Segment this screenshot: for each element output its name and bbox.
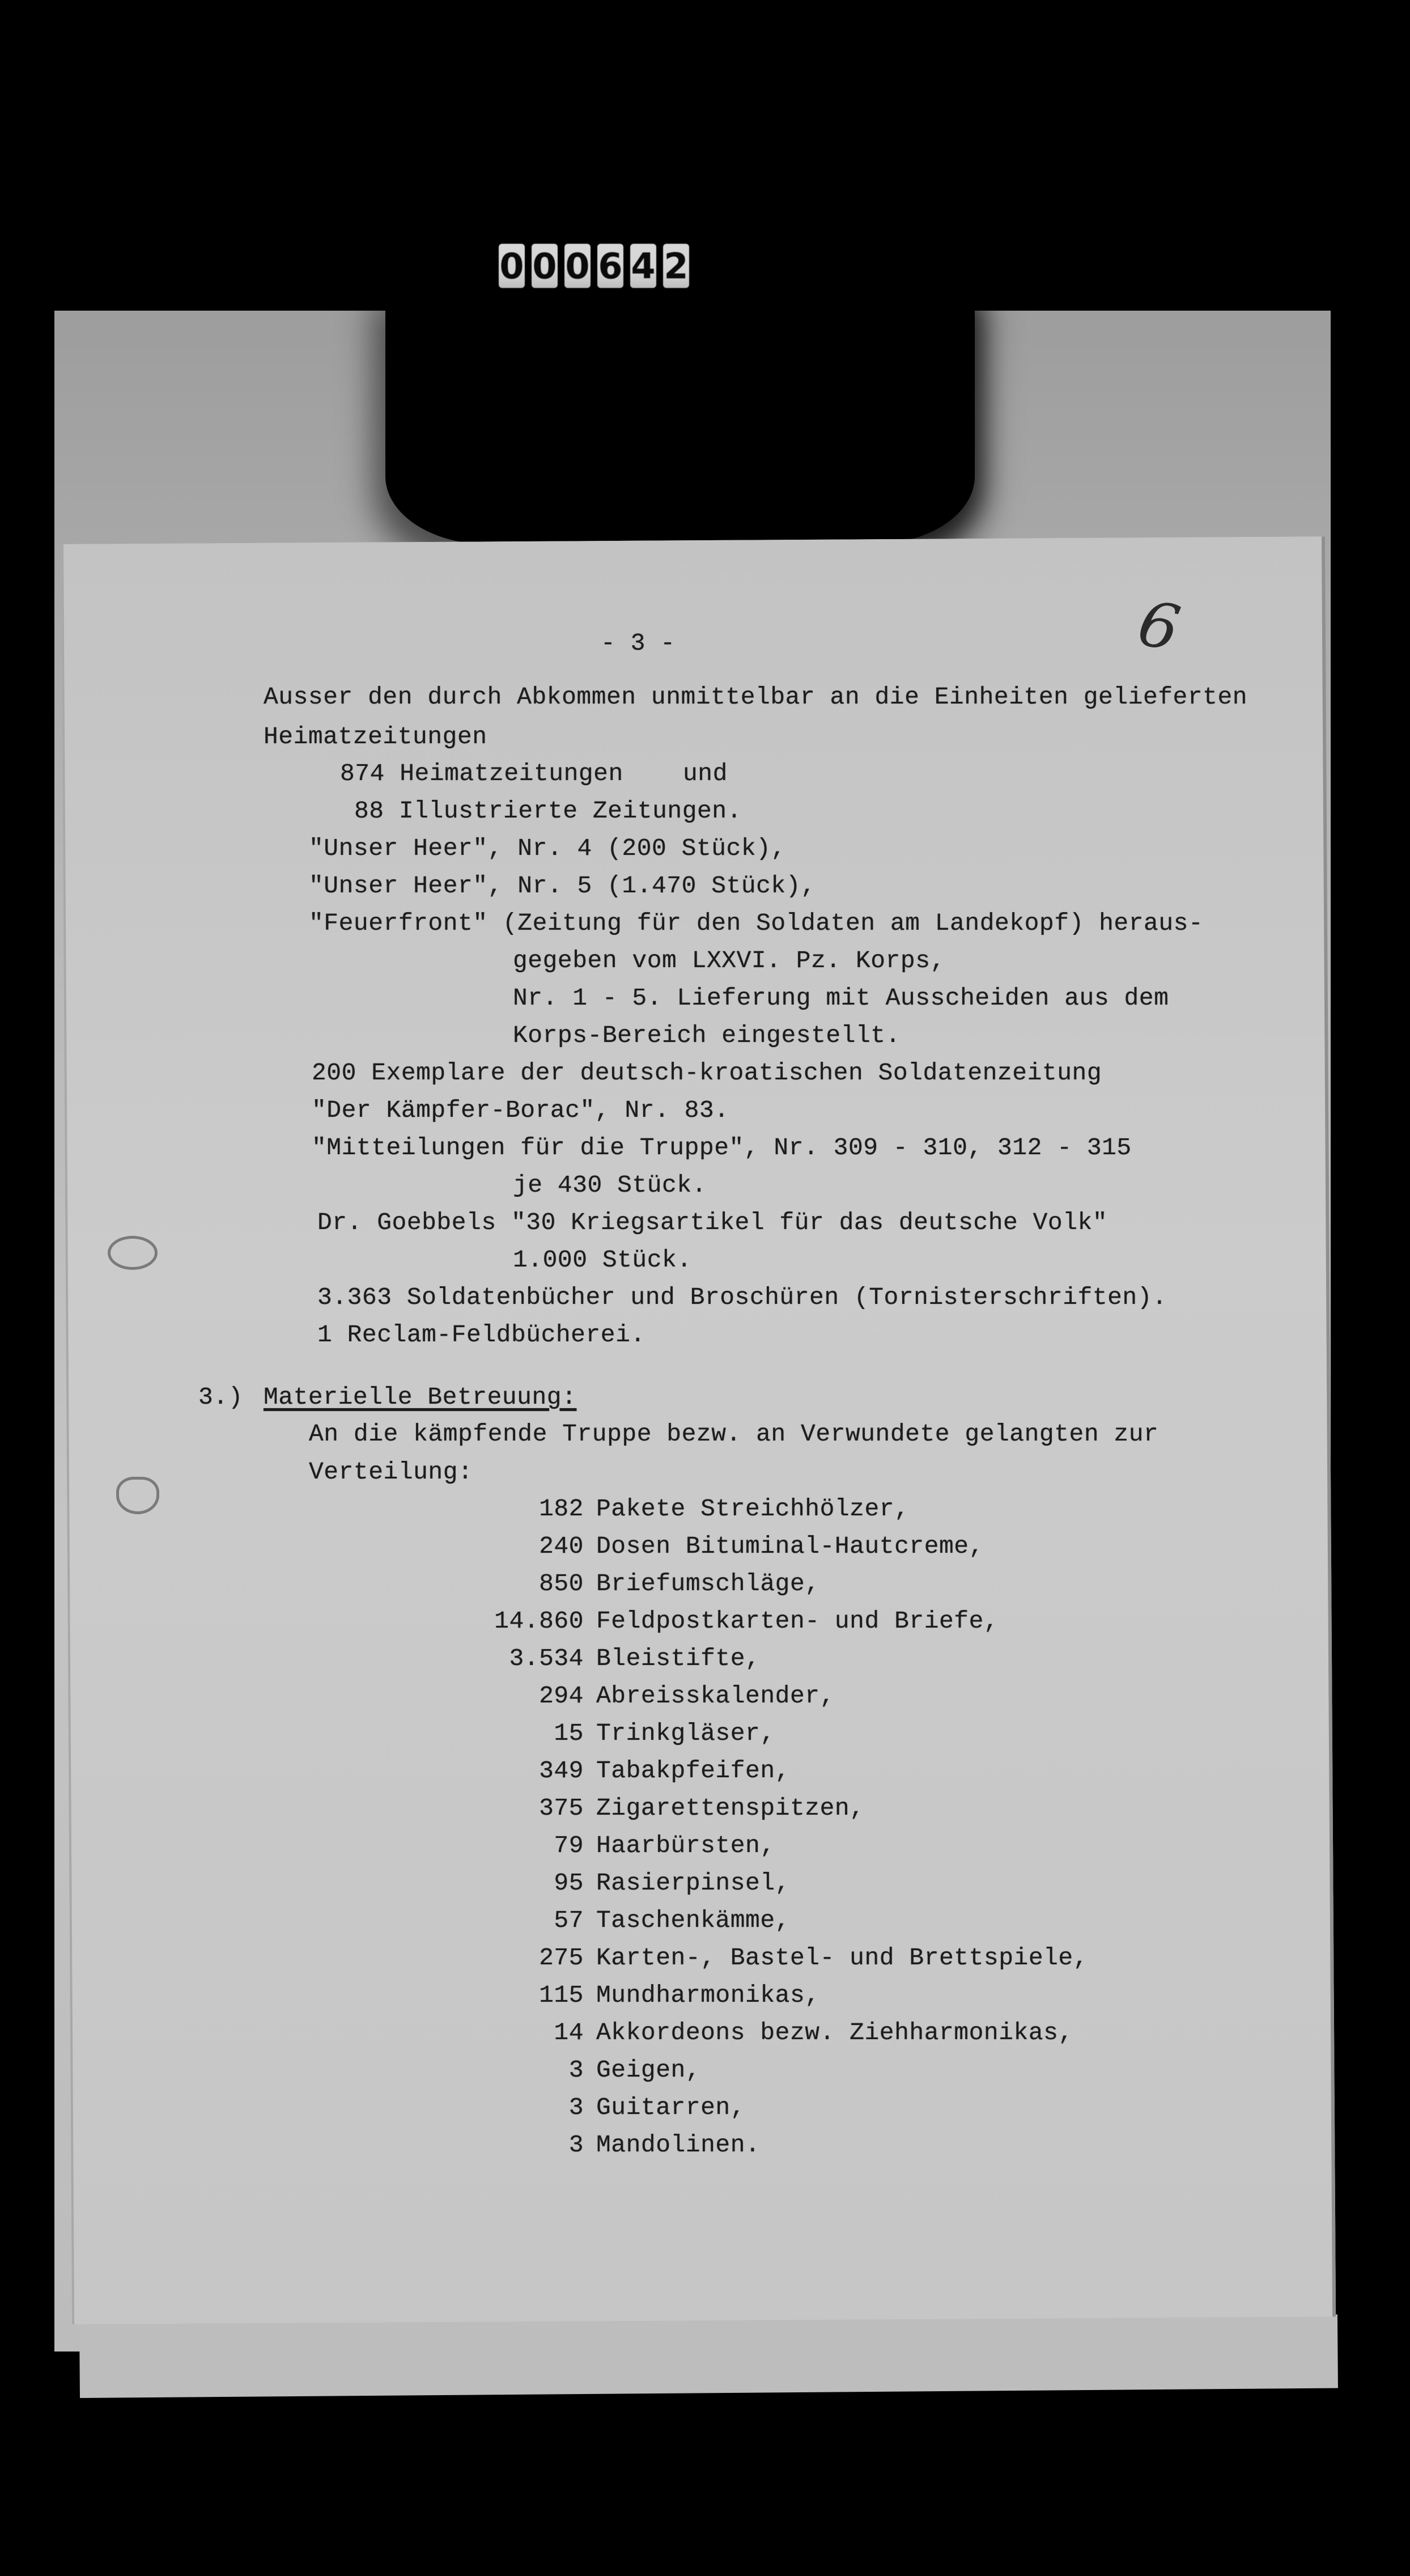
- section-2-line: 3.363 Soldatenbücher und Broschüren (Tor…: [317, 1283, 1167, 1311]
- intro-line: Heimatzeitungen: [264, 723, 487, 751]
- item-label: Zigarettenspitzen,: [596, 1794, 864, 1822]
- list-item: 3.534Bleistifte,: [465, 1645, 760, 1672]
- binder-clip-notch: [941, 306, 975, 391]
- list-item: 14.860Feldpostkarten- und Briefe,: [465, 1607, 999, 1635]
- list-item: 57Taschenkämme,: [465, 1906, 790, 1934]
- item-quantity: 850: [465, 1570, 584, 1598]
- item-quantity: 3: [465, 2094, 584, 2121]
- list-item: 294Abreisskalender,: [465, 1682, 835, 1710]
- item-label: Taschenkämme,: [596, 1906, 790, 1934]
- item-label: Geigen,: [596, 2056, 700, 2084]
- section-2-line: gegeben vom LXXVI. Pz. Korps,: [513, 947, 945, 975]
- section-2-line: "Unser Heer", Nr. 5 (1.470 Stück),: [309, 872, 816, 900]
- list-item: 95Rasierpinsel,: [465, 1869, 790, 1897]
- page-number: - 3 -: [601, 629, 676, 657]
- item-quantity: 79: [465, 1832, 584, 1859]
- list-item: 850Briefumschläge,: [465, 1570, 820, 1598]
- frame-counter-digit: 4: [630, 244, 656, 288]
- section-3-intro: Verteilung:: [309, 1458, 473, 1486]
- section-2-line: 200 Exemplare der deutsch-kroatischen So…: [312, 1059, 1102, 1087]
- list-item: 14Akkordeons bezw. Ziehharmonikas,: [465, 2019, 1073, 2047]
- item-quantity: 294: [465, 1682, 584, 1710]
- frame-counter-digit: 0: [532, 244, 558, 288]
- section-2-line: 1.000 Stück.: [513, 1246, 692, 1274]
- item-quantity: 95: [465, 1869, 584, 1897]
- item-quantity: 3: [465, 2131, 584, 2159]
- item-label: Karten-, Bastel- und Brettspiele,: [596, 1944, 1088, 1972]
- frame-counter-digit: 6: [597, 244, 623, 288]
- item-quantity: 14.860: [465, 1607, 584, 1635]
- section-2-line: Korps-Bereich eingestellt.: [513, 1022, 901, 1049]
- item-label: Guitarren,: [596, 2094, 745, 2121]
- punch-hole: [116, 1477, 159, 1514]
- list-item: 15Trinkgläser,: [465, 1719, 775, 1747]
- item-label: Mandolinen.: [596, 2131, 760, 2159]
- item-label: Tabakpfeifen,: [596, 1757, 790, 1785]
- item-quantity: 15: [465, 1719, 584, 1747]
- section-2-line: "Unser Heer", Nr. 4 (200 Stück),: [309, 834, 786, 862]
- item-quantity: 182: [465, 1495, 584, 1523]
- item-label: Akkordeons bezw. Ziehharmonikas,: [596, 2019, 1073, 2047]
- section-2-line: Dr. Goebbels "30 Kriegsartikel für das d…: [317, 1209, 1107, 1236]
- section-2-line: 874 Heimatzeitungen und: [340, 760, 728, 787]
- item-quantity: 3: [465, 2056, 584, 2084]
- item-quantity: 115: [465, 1981, 584, 2009]
- section-2-line: 88 Illustrierte Zeitungen.: [354, 797, 742, 825]
- list-item: 115Mundharmonikas,: [465, 1981, 820, 2009]
- item-quantity: 3.534: [465, 1645, 584, 1672]
- item-label: Bleistifte,: [596, 1645, 760, 1672]
- item-label: Abreisskalender,: [596, 1682, 835, 1710]
- section-3-intro: An die kämpfende Truppe bezw. an Verwund…: [309, 1420, 1158, 1448]
- list-item: 79Haarbürsten,: [465, 1832, 775, 1859]
- frame-counter-digit: 0: [499, 244, 525, 288]
- list-item: 349Tabakpfeifen,: [465, 1757, 790, 1785]
- item-label: Dosen Bituminal-Hautcreme,: [596, 1532, 984, 1560]
- item-quantity: 57: [465, 1906, 584, 1934]
- list-item: 3Mandolinen.: [465, 2131, 760, 2159]
- item-quantity: 275: [465, 1944, 584, 1972]
- section-2-line: 1 Reclam-Feldbücherei.: [317, 1321, 645, 1349]
- list-item: 3Guitarren,: [465, 2094, 745, 2121]
- item-quantity: 349: [465, 1757, 584, 1785]
- section-2-line: "Der Kämpfer-Borac", Nr. 83.: [312, 1096, 729, 1124]
- list-item: 3Geigen,: [465, 2056, 700, 2084]
- item-quantity: 375: [465, 1794, 584, 1822]
- frame-counter: 0 0 0 6 4 2: [499, 244, 689, 288]
- item-label: Pakete Streichhölzer,: [596, 1495, 909, 1523]
- frame-counter-digit: 2: [663, 244, 689, 288]
- item-label: Haarbürsten,: [596, 1832, 775, 1859]
- item-label: Briefumschläge,: [596, 1570, 820, 1598]
- item-label: Feldpostkarten- und Briefe,: [596, 1607, 999, 1635]
- section-2-line: "Feuerfront" (Zeitung für den Soldaten a…: [309, 909, 1203, 937]
- item-label: Rasierpinsel,: [596, 1869, 790, 1897]
- item-quantity: 240: [465, 1532, 584, 1560]
- section-3-number: 3.): [198, 1383, 243, 1411]
- section-3-heading: Materielle Betreuung:: [264, 1383, 576, 1411]
- item-label: Mundharmonikas,: [596, 1981, 820, 2009]
- punch-hole: [108, 1236, 158, 1270]
- folder-bottom-edge: [79, 2315, 1338, 2398]
- item-quantity: 14: [465, 2019, 584, 2047]
- list-item: 240Dosen Bituminal-Hautcreme,: [465, 1532, 984, 1560]
- list-item: 375Zigarettenspitzen,: [465, 1794, 864, 1822]
- section-2-line: "Mitteilungen für die Truppe", Nr. 309 -…: [312, 1134, 1132, 1162]
- intro-line: Ausser den durch Abkommen unmittelbar an…: [264, 683, 1247, 711]
- frame-counter-digit: 0: [564, 244, 591, 288]
- section-2-line: Nr. 1 - 5. Lieferung mit Ausscheiden aus…: [513, 984, 1169, 1012]
- item-label: Trinkgläser,: [596, 1719, 775, 1747]
- list-item: 182Pakete Streichhölzer,: [465, 1495, 909, 1523]
- section-2-line: je 430 Stück.: [513, 1171, 707, 1199]
- list-item: 275Karten-, Bastel- und Brettspiele,: [465, 1944, 1088, 1972]
